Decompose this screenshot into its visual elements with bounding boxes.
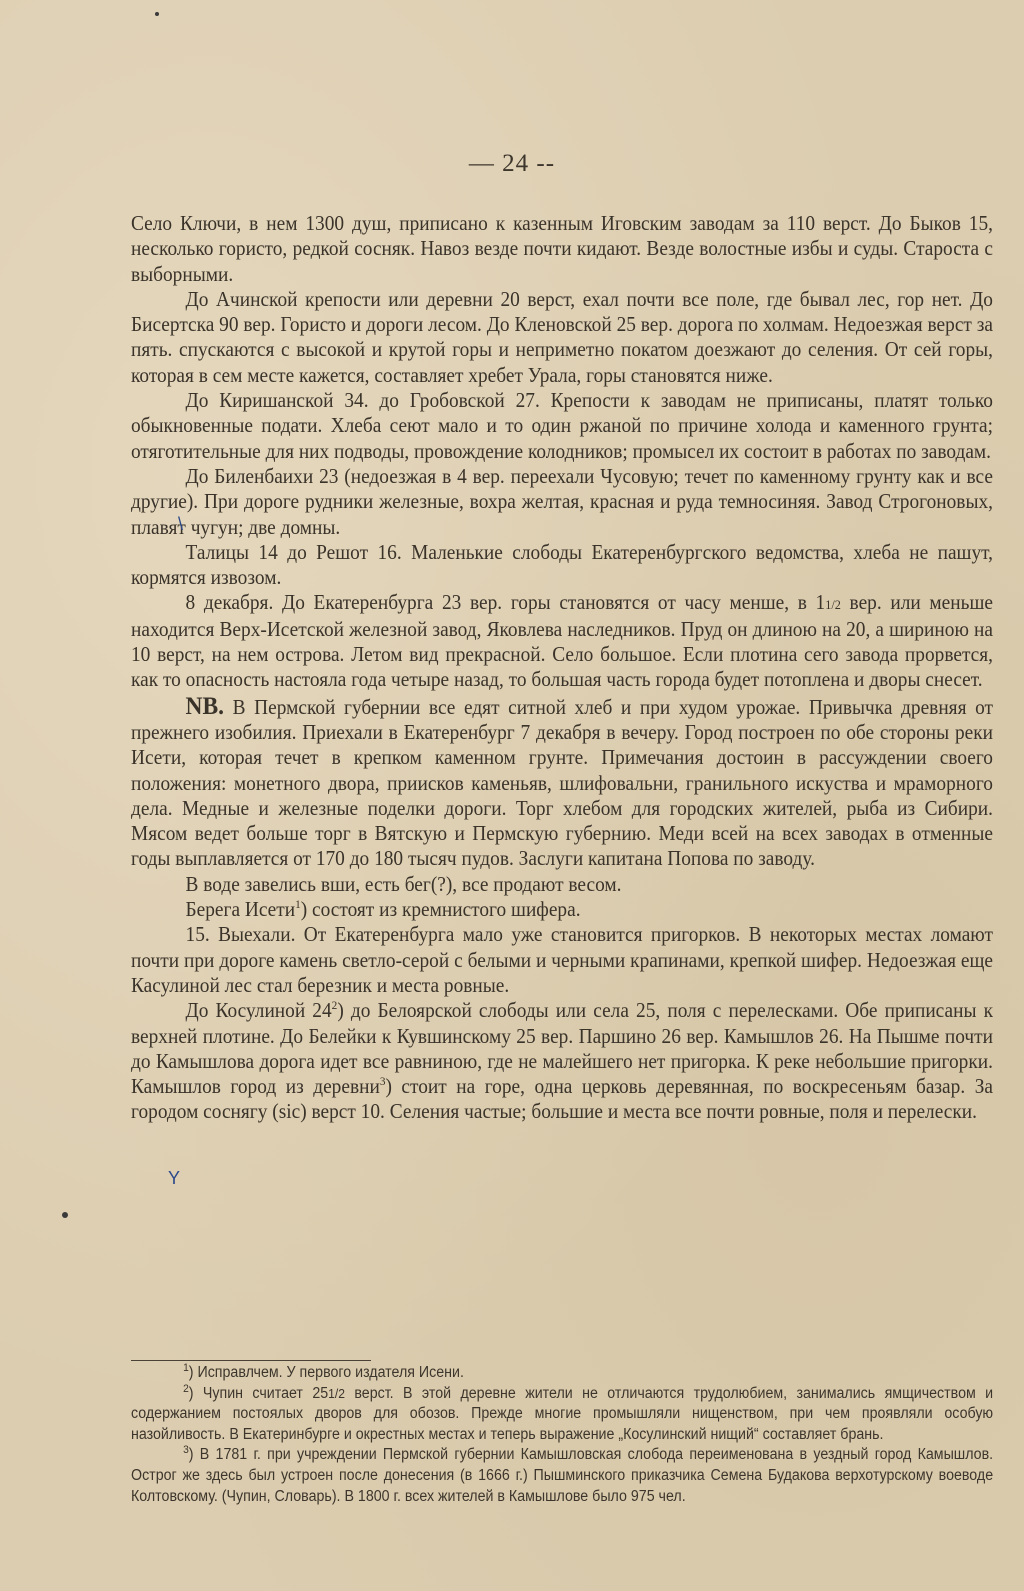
footnote-2: 2) Чупин считает 251/2 верст. В этой дер… [131,1384,993,1446]
paragraph-3: До Киришанской 34. до Гробовской 27. Кре… [131,389,993,465]
paragraph-7-nb: NB. В Пермской губернии все едят ситной … [131,694,993,873]
paragraph-4: До Биленбаихи 23 (недоезжая в 4 вер. пер… [131,465,993,541]
paragraph-9: Берега Исети1) состоят из кремнистого ши… [131,898,993,923]
paragraph-8: В воде завелись вши, есть бег(?), все пр… [131,873,993,898]
footnote-1: 1) Исправлчем. У первого издателя Исени. [131,1363,993,1384]
ink-speck-icon [155,12,159,16]
paragraph-10: 15. Выехали. От Екатеренбурга мало уже с… [131,923,993,999]
footnote-3-text: ) В 1781 г. при учреждении Пермской губе… [131,1446,993,1504]
footnote-2-fraction: 1/2 [328,1386,345,1401]
paragraph-6: 8 декабря. До Екатеренбурга 23 вер. горы… [131,591,993,693]
pencil-y-mark-icon: Y [168,1168,180,1189]
footnotes: 1) Исправлчем. У первого издателя Исени.… [131,1363,993,1507]
footnote-divider [131,1360,371,1361]
paragraph-9-start: Берега Исети [186,899,296,921]
paragraph-2: До Ачинской крепости или деревни 20 верс… [131,288,993,389]
footnote-1-text: ) Исправлчем. У первого издателя Исени. [189,1364,464,1381]
footnote-3: 3) В 1781 г. при учреждении Пермской губ… [131,1445,993,1507]
page-number: — 24 -- [0,150,1024,178]
paragraph-7-text: В Пермской губернии все едят ситной хлеб… [131,697,993,871]
nb-label: NB. [186,693,225,720]
pencil-tick-icon: \ [178,514,183,535]
paragraph-6-start: 8 декабря. До Екатеренбурга 23 вер. горы… [186,592,826,614]
paragraph-9-end: ) состоят из кремнистого шифера. [301,899,581,921]
ink-speck-icon [62,1212,68,1218]
scanned-page: — 24 -- Село Ключи, в нем 1300 душ, прип… [0,0,1024,1591]
footnote-2-start: ) Чупин считает 25 [189,1385,328,1402]
paragraph-11: До Косулиной 242) до Белоярской слободы … [131,999,993,1125]
main-text: Село Ключи, в нем 1300 душ, приписано к … [131,212,993,1126]
paragraph-5: Талицы 14 до Решот 16. Маленькие слободы… [131,541,993,592]
paragraph-1: Село Ключи, в нем 1300 душ, приписано к … [131,212,993,288]
fraction-one-half: 1/2 [825,597,841,612]
paragraph-11-start: До Косулиной 24 [186,1000,332,1022]
